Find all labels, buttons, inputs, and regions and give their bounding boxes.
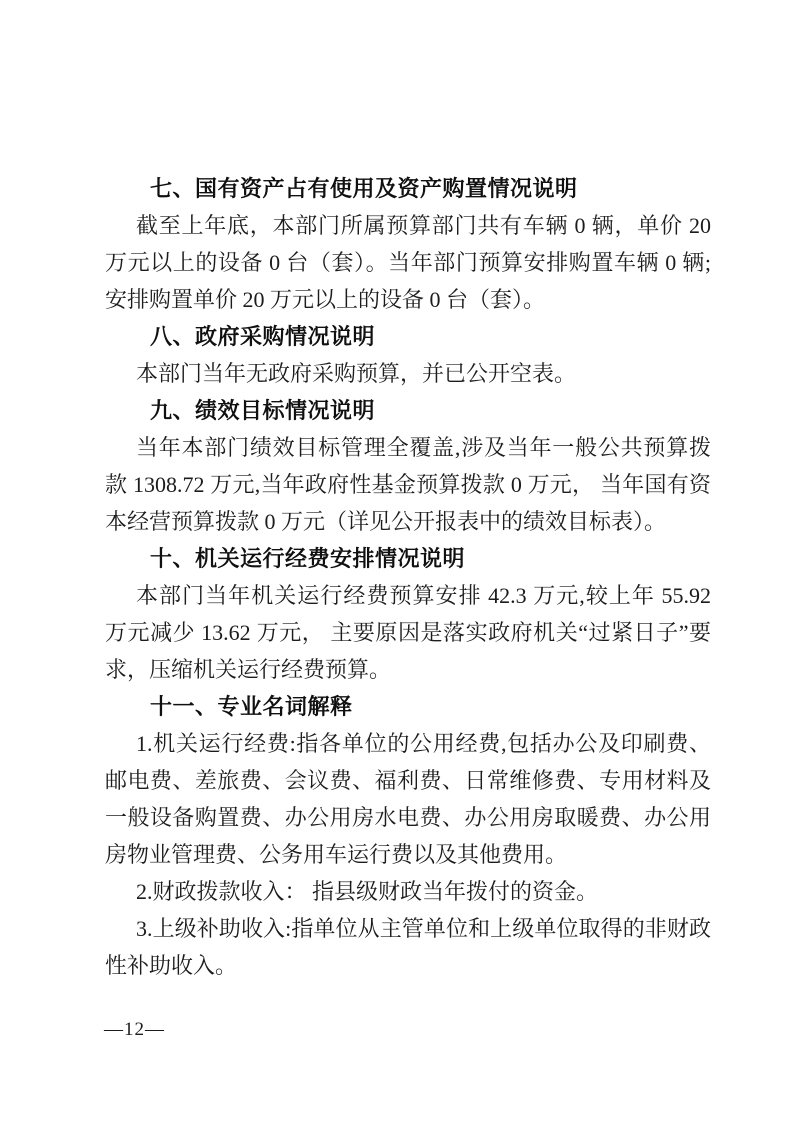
section-heading-government-procurement: 八、政府采购情况说明: [105, 318, 711, 355]
section-heading-performance-targets: 九、绩效目标情况说明: [105, 392, 711, 429]
terminology-item-fiscal-appropriation-income: 2.财政拨款收入： 指县级财政当年拨付的资金。: [105, 873, 711, 910]
section-operating-expenses-paragraph: 本部门当年机关运行经费预算安排 42.3 万元,较上年 55.92 万元减少 1…: [105, 577, 711, 688]
section-state-assets-paragraph: 截至上年底，本部门所属预算部门共有车辆 0 辆，单价 20 万元以上的设备 0 …: [105, 207, 711, 318]
terminology-item-operating-expenses: 1.机关运行经费:指各单位的公用经费,包括办公及印刷费、邮电费、差旅费、会议费、…: [105, 725, 711, 873]
section-heading-operating-expenses: 十、机关运行经费安排情况说明: [105, 540, 711, 577]
section-heading-state-assets: 七、国有资产占有使用及资产购置情况说明: [105, 170, 711, 207]
section-government-procurement-paragraph: 本部门当年无政府采购预算，并已公开空表。: [105, 355, 711, 392]
document-page: 七、国有资产占有使用及资产购置情况说明 截至上年底，本部门所属预算部门共有车辆 …: [0, 0, 793, 1122]
document-body: 七、国有资产占有使用及资产购置情况说明 截至上年底，本部门所属预算部门共有车辆 …: [105, 170, 711, 984]
section-heading-terminology: 十一、专业名词解释: [105, 688, 711, 725]
page-number: —12—: [104, 1018, 165, 1042]
terminology-item-superior-subsidy-income: 3.上级补助收入:指单位从主管单位和上级单位取得的非财政性补助收入。: [105, 910, 711, 984]
section-performance-targets-paragraph: 当年本部门绩效目标管理全覆盖,涉及当年一般公共预算拨款 1308.72 万元,当…: [105, 429, 711, 540]
